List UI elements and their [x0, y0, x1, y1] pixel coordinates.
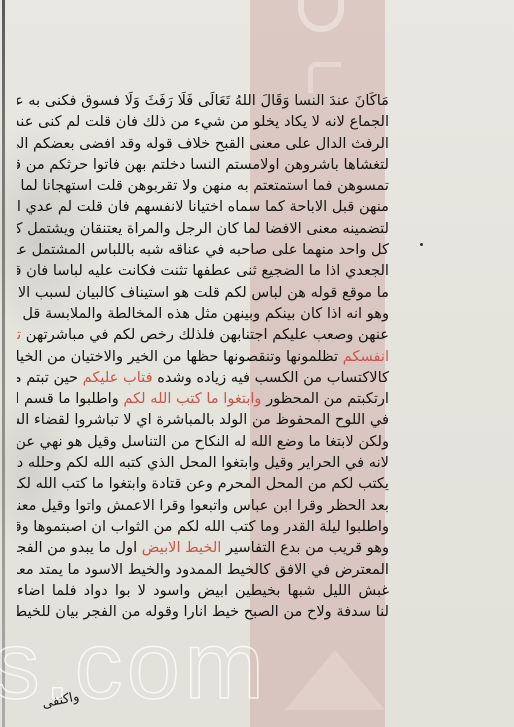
text-segment: غبش الليل شبها بخيطين ابيض واسود لا بوا … — [17, 582, 389, 599]
manuscript-line: ما موقع قوله هن لباس لكم قلت هو استيناف … — [17, 282, 389, 303]
manuscript-line: الرفث الدال على معنى القبح خلاف قوله وقد… — [17, 133, 389, 154]
text-segment: واطلبوا ما قسم الله لكم واثبت — [17, 390, 123, 407]
text-segment: مَاكَانَ عندَ النسا وَقَالَ اللهُ تَعَال… — [17, 92, 389, 109]
manuscript-line: غبش الليل شبها بخيطين ابيض واسود لا بوا … — [17, 580, 389, 601]
text-segment: لانه في الحراير وقيل وابتغوا المحل الذي … — [17, 454, 389, 471]
manuscript-page: s.com مَاكَانَ عندَ النسا وَقَالَ اللهُ … — [0, 0, 514, 727]
manuscript-line: لتضمينه معنى الافضا لما كان الرجل والمرا… — [17, 218, 389, 239]
text-segment: الجماع لانه لا يكاد يخلو من شيء من ذلك ف… — [17, 113, 389, 130]
manuscript-line: كل واحد منهما على صاحبه في عناقه شبه بال… — [17, 239, 389, 260]
watermark-logo-letter — [308, 62, 341, 93]
rubric-phrase: فتاب عليكم — [83, 369, 153, 386]
manuscript-line: لانه في الحراير وقيل وابتغوا المحل الذي … — [17, 452, 389, 473]
text-segment: لتضمينه معنى الافضا لما كان الرجل والمرا… — [17, 220, 389, 237]
text-segment: واطلبوا ليلة القدر وما كتب الله لكم من ا… — [17, 518, 389, 535]
text-segment: يكتب لكم من المحل المحرم وعن قتادة وابتغ… — [17, 475, 389, 492]
text-segment: وهو قريب من بدع التفاسير — [221, 539, 389, 556]
text-segment: ولكن لابتغا ما وضع الله له النكاح من الت… — [17, 433, 389, 450]
text-segment: كالاكتساب من الكسب فيه زياده وشده — [153, 369, 389, 386]
watermark-domain-text: s.com — [0, 618, 268, 714]
manuscript-line: ارتكبتم من المحظور وابتغوا ما كتب الله ل… — [17, 388, 389, 409]
text-segment: ارتكبتم من المحظور — [261, 390, 389, 407]
paper-speck — [420, 243, 423, 246]
text-segment: كل واحد منهما على صاحبه في عناقه شبه بال… — [17, 241, 389, 258]
text-segment: بعد الحظر وقرا ابن عباس واتبعوا وقرا الا… — [17, 497, 389, 514]
rubric-phrase: الخيط الابيض — [142, 539, 222, 556]
text-segment: تمسوهن فما استمتعتم به منهن ولا تقربوهن … — [17, 177, 389, 194]
text-segment: ما موقع قوله هن لباس لكم قلت هو استيناف … — [17, 284, 389, 301]
manuscript-line: منهن قبل الاباحة كما سماه اختيانا لانفسه… — [17, 196, 389, 217]
manuscript-text-block: مَاكَانَ عندَ النسا وَقَالَ اللهُ تَعَال… — [17, 90, 389, 622]
manuscript-line: بعد الحظر وقرا ابن عباس واتبعوا وقرا الا… — [17, 495, 389, 516]
text-segment: اول ما يبدو من الفجر — [17, 539, 142, 556]
text-segment: في اللوح المحفوظ من الولد بالمباشرة اي ل… — [17, 411, 389, 428]
manuscript-line: لنا سدفة ولاح من الصبح خيط انارا وقوله م… — [17, 601, 389, 622]
text-segment: الجعدي اذا ما الضجيع ثنى عطفها تثنت فكان… — [17, 262, 389, 279]
manuscript-line: وهو قريب من بدع التفاسير الخيط الابيض او… — [17, 537, 389, 558]
manuscript-line: واطلبوا ليلة القدر وما كتب الله لكم من ا… — [17, 516, 389, 537]
manuscript-line: يكتب لكم من المحل المحرم وعن قتادة وابتغ… — [17, 473, 389, 494]
manuscript-line: المعترض في الافق كالخيط الممدود والخيط ا… — [17, 559, 389, 580]
manuscript-line: الجماع لانه لا يكاد يخلو من شيء من ذلك ف… — [17, 111, 389, 132]
text-segment: وهو انه اذا كان بينكم وبينهن مثل هذه الم… — [17, 305, 389, 322]
manuscript-line: ولكن لابتغا ما وضع الله له النكاح من الت… — [17, 431, 389, 452]
text-segment: حين تبتم مما — [17, 369, 83, 386]
text-segment: منهن قبل الاباحة كما سماه اختيانا لانفسه… — [17, 198, 389, 215]
manuscript-line: عنهن وصعب عليكم اجتنابهن فلذلك رخص لكم ف… — [17, 324, 389, 345]
text-segment: عنهن وصعب عليكم اجتنابهن فلذلك رخص لكم ف… — [21, 326, 389, 343]
manuscript-line: لتغشاها باشروهن اولامستم النسا دخلتم بهن… — [17, 154, 389, 175]
rubric-phrase: وابتغوا ما كتب الله لكم — [123, 390, 261, 407]
text-segment: لتغشاها باشروهن اولامستم النسا دخلتم بهن… — [17, 156, 389, 173]
manuscript-line: كالاكتساب من الكسب فيه زياده وشده فتاب ع… — [17, 367, 389, 388]
text-segment: لنا سدفة ولاح من الصبح خيط انارا وقوله م… — [17, 603, 389, 620]
manuscript-line: الجعدي اذا ما الضجيع ثنى عطفها تثنت فكان… — [17, 260, 389, 281]
manuscript-line: مَاكَانَ عندَ النسا وَقَالَ اللهُ تَعَال… — [17, 90, 389, 111]
text-segment: الرفث الدال على معنى القبح خلاف قوله وقد… — [17, 135, 389, 152]
manuscript-line: انفسكم تظلمونها وتنقصونها حظها من الخير … — [17, 346, 389, 367]
text-segment: تظلمونها وتنقصونها حظها من الخير والاختي… — [17, 348, 343, 365]
rubric-phrase: انفسكم — [343, 348, 389, 365]
manuscript-line: وهو انه اذا كان بينكم وبينهن مثل هذه الم… — [17, 303, 389, 324]
manuscript-line: في اللوح المحفوظ من الولد بالمباشرة اي ل… — [17, 409, 389, 430]
watermark-chevron — [285, 650, 385, 710]
manuscript-line: تمسوهن فما استمتعتم به منهن ولا تقربوهن … — [17, 175, 389, 196]
text-segment: المعترض في الافق كالخيط الممدود والخيط ا… — [17, 561, 389, 578]
